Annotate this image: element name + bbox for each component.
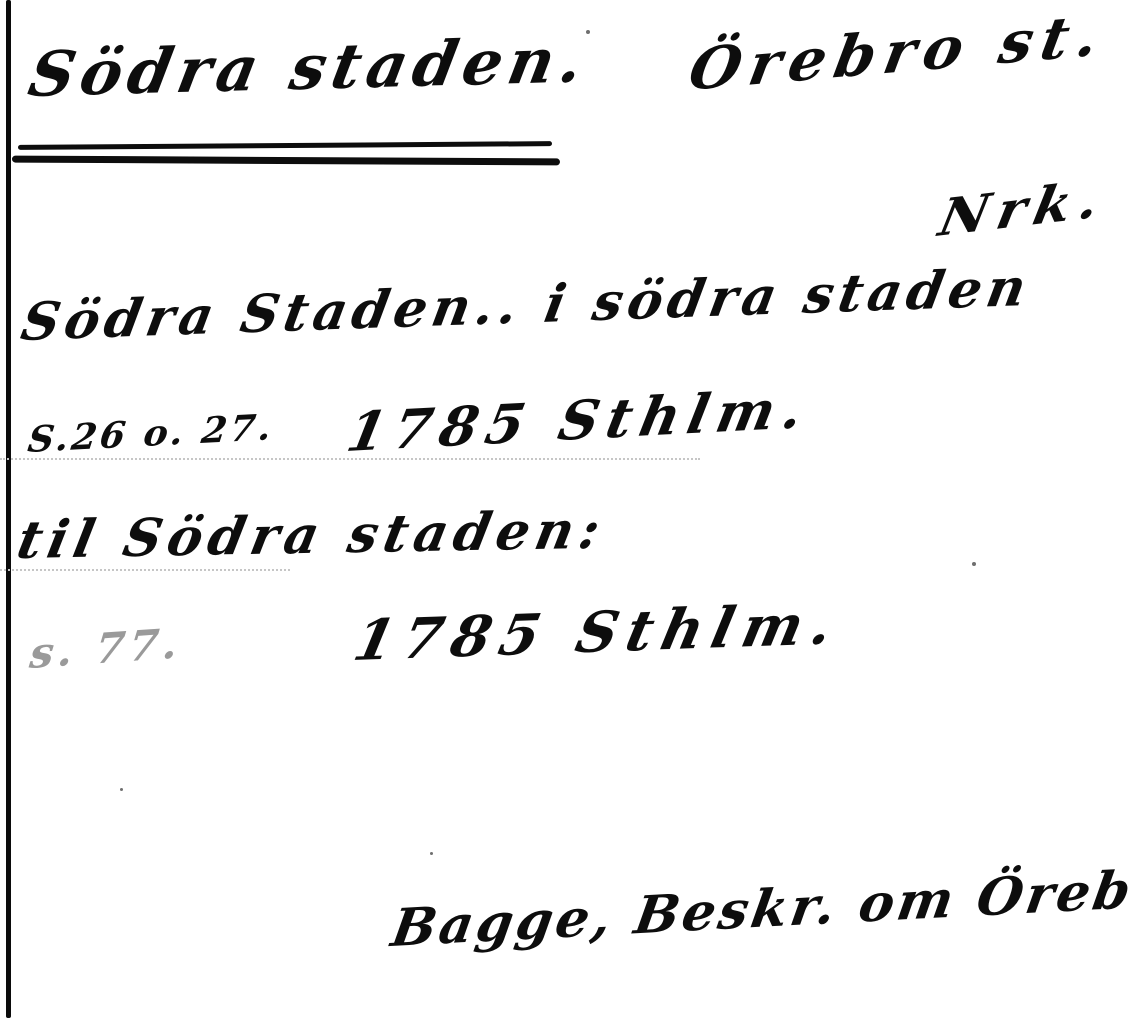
- heading-underline-top: [18, 141, 552, 150]
- imprint-year-place-1: 1785 Sthlm.: [342, 380, 815, 461]
- card-heading: Södra staden.: [24, 27, 594, 107]
- ruled-guide-line: [0, 569, 290, 571]
- province-abbreviation: Nrk.: [935, 173, 1112, 247]
- imprint-year-place-2: 1785 Sthlm.: [349, 595, 847, 671]
- scan-speckle: [586, 30, 590, 34]
- source-citation: Bagge, Beskr. om Örebro.: [388, 859, 1131, 957]
- archive-index-card: Södra staden. Örebro st. Nrk. Södra Stad…: [0, 0, 1131, 1018]
- page-reference-1: S.26 o. 27.: [26, 409, 277, 460]
- entry-title-line: Södra Staden.. i södra staden: [17, 261, 1035, 351]
- scan-speckle: [972, 562, 976, 566]
- ruled-guide-line: [0, 458, 700, 460]
- scan-speckle: [430, 852, 433, 855]
- page-reference-2: s. 77.: [28, 622, 184, 676]
- cross-reference-line: til Södra staden:: [13, 504, 611, 569]
- heading-underline-bottom: [12, 156, 560, 166]
- scan-edge-line: [6, 0, 11, 1018]
- scan-speckle: [120, 788, 123, 791]
- district-label: Örebro st.: [685, 5, 1112, 101]
